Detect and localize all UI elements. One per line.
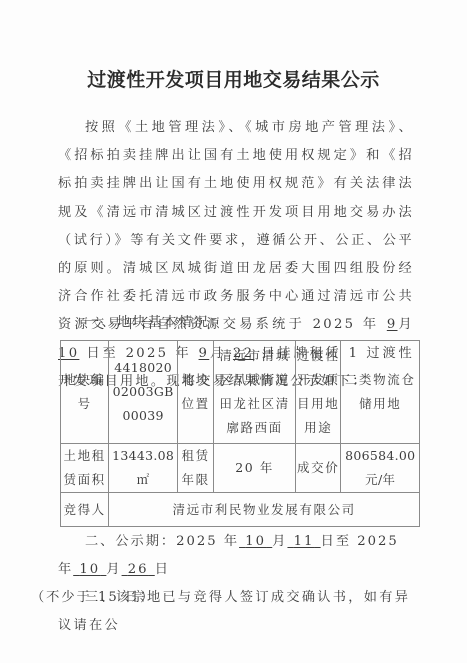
plot-location: 清远市清城区凤城街道田龙社区清廓路西面 — [214, 341, 296, 444]
table-row: 土地租赁面积 13443.08 ㎡ 租赁年限 20 年 成交价 806584.0… — [61, 444, 420, 493]
table-row: 竞得人 清远市利民物业发展有限公司 — [61, 493, 420, 527]
deal-price: 806584.00 元/年 — [341, 444, 420, 493]
table-row: 地块编号 441802002003GB00039 地块位置 清远市清城区凤城街道… — [61, 341, 420, 444]
label-deal-price: 成交价 — [295, 444, 340, 493]
publicity-start-day-value: 11 — [294, 534, 315, 549]
publicity-end-day: 26 — [122, 562, 155, 577]
label-plot-number: 地块编号 — [61, 341, 109, 444]
land-use: 二类物流仓储用地 — [341, 341, 420, 444]
year-label: 年 — [363, 317, 379, 332]
label-lease-area: 土地租赁面积 — [61, 444, 109, 493]
section1-heading: 一、地块基本情况： — [86, 313, 225, 333]
publicity-start-month-value: 10 — [245, 534, 266, 549]
label-land-use: 过渡性开发项目用地用途 — [295, 341, 340, 444]
plot-info-table: 地块编号 441802002003GB00039 地块位置 清远市清城区凤城街道… — [60, 340, 420, 527]
month-label: 月 — [272, 534, 287, 549]
month-label: 月 — [398, 317, 414, 332]
publicity-end-day-value: 26 — [128, 562, 149, 577]
label-plot-location: 地块位置 — [177, 341, 213, 444]
publicity-end-month: 10 — [73, 562, 106, 577]
winning-bidder: 清远市利民物业发展有限公司 — [109, 493, 420, 527]
month-label: 月 — [106, 562, 121, 577]
publicity-end-month-value: 10 — [79, 562, 100, 577]
year-label: 年 — [224, 534, 239, 549]
intro-text: 按照《土地管理法》、《城市房地产管理法》、《招标拍卖挂牌出让国有土地使用权规定》… — [58, 120, 414, 332]
page-title: 过渡性开发项目用地交易结果公示 — [0, 65, 467, 92]
section3-paragraph: 三、该宗地已与竞得人签订成交确认书，如有异议请在公 — [58, 584, 414, 640]
label-winning-bidder: 竞得人 — [61, 493, 109, 527]
lease-area: 13443.08 ㎡ — [109, 444, 178, 493]
to-label: 至 — [336, 534, 351, 549]
publicity-end-year: 2025 — [357, 534, 399, 549]
listing-start-year: 2025 — [313, 317, 356, 332]
day-label: 日 — [155, 562, 170, 577]
section2-prefix: 二、公示期： — [85, 534, 176, 549]
year-label: 年 — [58, 562, 73, 577]
lease-term: 20 年 — [214, 444, 296, 493]
publicity-start-year: 2025 — [176, 534, 218, 549]
document-page: 过渡性开发项目用地交易结果公示 按照《土地管理法》、《城市房地产管理法》、《招标… — [0, 0, 467, 663]
publicity-start-day: 11 — [287, 534, 320, 549]
plot-number: 441802002003GB00039 — [109, 341, 178, 444]
label-lease-term: 租赁年限 — [177, 444, 213, 493]
listing-start-month: 9 — [387, 317, 398, 332]
publicity-start-month: 10 — [239, 534, 272, 549]
day-label: 日 — [321, 534, 336, 549]
